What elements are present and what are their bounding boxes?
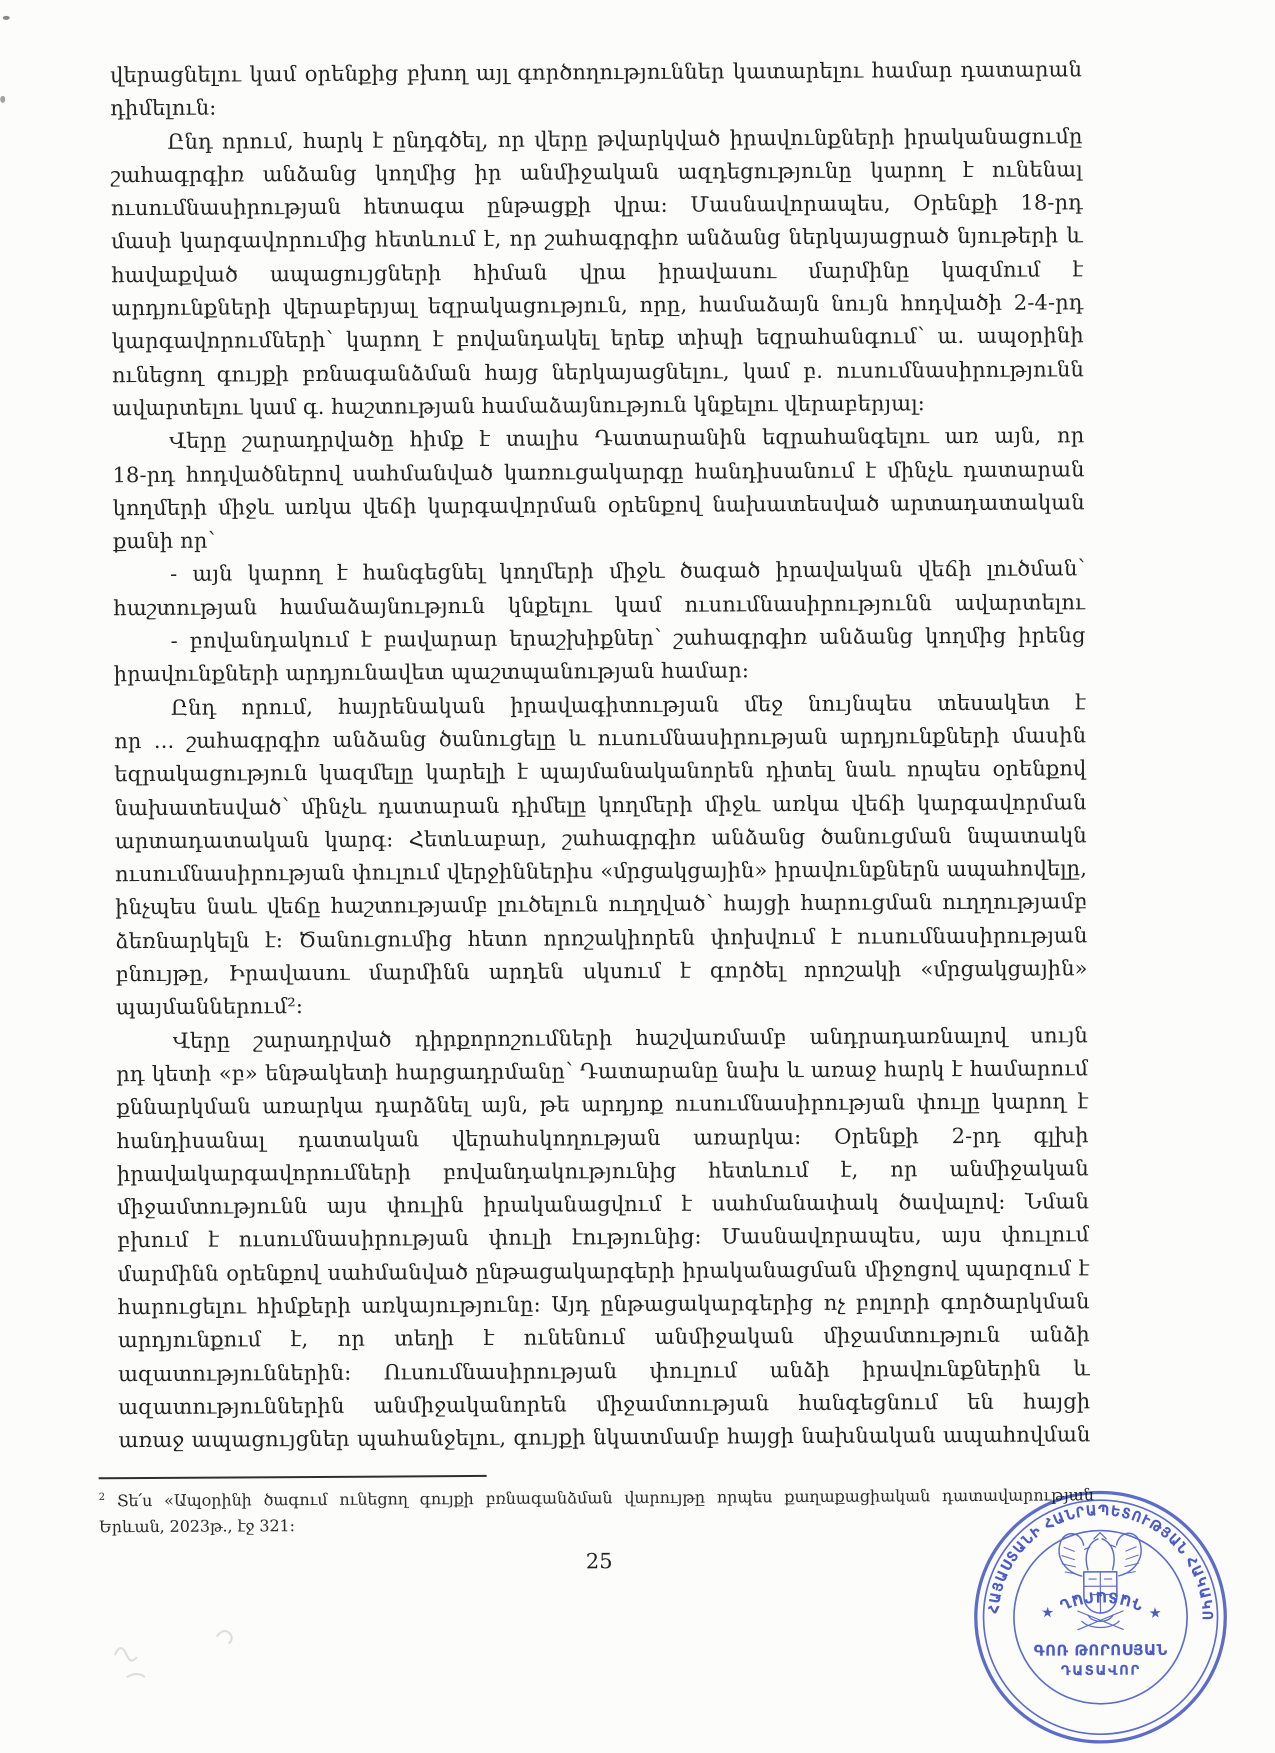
main-text-block: վերացնելու կամ օրենքից բխող այլ գործողու… — [110, 53, 1091, 1457]
text-line: Վերը շարադրվածը հիմք է տալիս Դատարանին ե… — [112, 420, 1084, 459]
paragraph: Վերը շարադրվածը հիմք է տալիս Դատարանին ե… — [112, 420, 1085, 559]
bullet-paragraph: - այն կարող է հանգեցնել կողմերի միջև ծագ… — [113, 553, 1085, 626]
paragraph: Ընդ որում, հարկ է ընդգծել, որ վերը թվարկ… — [110, 120, 1084, 426]
stamp-judge-name: ԳՈՌ ԹՈՐՈՍՅԱՆ — [1034, 1641, 1168, 1660]
scanned-document-page: վերացնելու կամ օրենքից բխող այլ գործողու… — [0, 0, 1275, 1753]
text-line: բխում է ուսումնասիրության փուլի էություն… — [117, 1219, 1089, 1258]
text-line: եզրակացություն կազմելը կարելի է պայմանակ… — [114, 752, 1086, 791]
text-line: կողմերի միջև առկա վեճի կարգավորման օրենք… — [113, 486, 1085, 525]
footnote-marker: 2 — [99, 1492, 105, 1503]
text-line: քննարկման առարկա դարձնել այն, թե արդյոք … — [116, 1085, 1088, 1124]
paragraph: Ընդ որում, հայրենական իրավագիտության մեջ… — [114, 686, 1088, 1025]
court-seal-stamp: ՀԱՅԱՍՏԱՆԻ ՀԱՆՐԱՊԵՏՈՒԹՅԱՆ ՀԱԿԱԿՈՌՈՒՊՑԻՈՆ … — [966, 1482, 1236, 1752]
bullet-paragraph: - բովանդակում է բավարար երաշխիքներ՝ շահա… — [113, 619, 1085, 692]
scan-speck — [3, 16, 10, 20]
text-line: առաջ ապացույցներ պահանջելու, գույքի նկատ… — [118, 1418, 1090, 1457]
text-line: մասի կարգավորումից հետևում է, որ շահագրգ… — [111, 220, 1083, 259]
text-line: - այն կարող է հանգեցնել կողմերի միջև ծագ… — [113, 553, 1085, 592]
text-line: - բովանդակում է բավարար երաշխիքներ՝ շահա… — [113, 619, 1085, 658]
footnote: 2 Տե՛ս «Ապօրինի ծագում ունեցող գույքի բռ… — [99, 1471, 1094, 1540]
footnote-divider — [99, 1475, 487, 1479]
armenia-coat-of-arms-icon: ՀԱՅԱՍՏԱՆԻ ՀԱՆՐԱՊԵՏՈՒԹՅԱՆ ՀԱԿԱԿՈՌՈՒՊՑԻՈՆ … — [966, 1482, 1236, 1752]
text-line: կարգավորումների՝ կարող է բովանդակել երեք… — [112, 320, 1084, 359]
scan-speck — [0, 96, 5, 103]
paragraph: Վերը շարադրված դիրքորոշումների հաշվառմամ… — [116, 1019, 1091, 1458]
text-line: ինչպես նաև վեճը հաշտությամբ լուծելուն ու… — [115, 886, 1087, 925]
pencil-smudge — [97, 1614, 297, 1695]
stamp-judge-title: ԴԱՏԱՎՈՐ — [1061, 1664, 1141, 1679]
footnote-line: Երևան, 2023թ., էջ 321: — [99, 1508, 1094, 1540]
text-line: վերացնելու կամ օրենքից բխող այլ գործողու… — [110, 53, 1082, 92]
text-line: ունեցող գույքի բռնագանձման հայց ներկայաց… — [112, 353, 1084, 392]
page-content: վերացնելու կամ օրենքից բխող այլ գործողու… — [0, 0, 1275, 1753]
paragraph: վերացնելու կամ օրենքից բխող այլ գործողու… — [110, 53, 1082, 126]
text-line: բնույթը, Իրավասու մարմինն արդեն սկսում է… — [115, 952, 1087, 991]
text-line: հանդիսանալ դատական վերահսկողության առարկ… — [117, 1119, 1089, 1158]
text-line: արդյունքում է, որ տեղի է ունենում անմիջա… — [118, 1319, 1090, 1358]
